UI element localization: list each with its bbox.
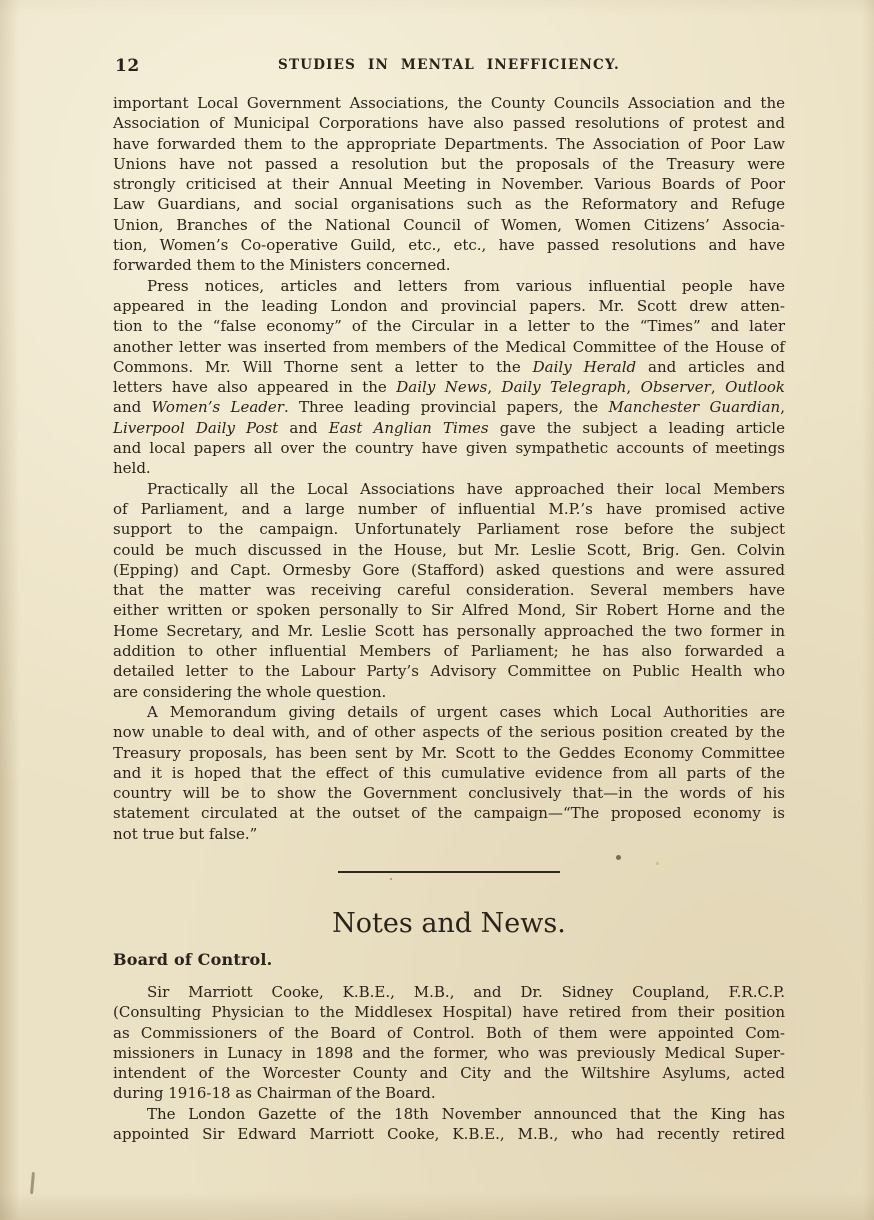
text-line: (Epping) and Capt. Ormesby Gore (Staffor…: [113, 560, 785, 580]
page-header: 12 STUDIES IN MENTAL INEFFICIENCY.: [113, 55, 785, 75]
text-line: Press notices, articles and letters from…: [113, 276, 785, 296]
paragraph: A Memorandum giving details of urgent ca…: [113, 702, 785, 844]
article-body: important Local Government Associations,…: [113, 93, 785, 844]
paper-speck: [616, 855, 621, 860]
text-line: another letter was inserted from members…: [113, 337, 785, 357]
text-line: Practically all the Local Associations h…: [113, 479, 785, 499]
text-line: Liverpool Daily Post and East Anglian Ti…: [113, 418, 785, 438]
text-line: Law Guardians, and social organisations …: [113, 194, 785, 214]
text-block: 12 STUDIES IN MENTAL INEFFICIENCY. impor…: [113, 55, 785, 1144]
section-divider: [338, 871, 560, 873]
text-line: and local papers all over the country ha…: [113, 438, 785, 458]
board-of-control-heading: Board of Control.: [113, 950, 785, 969]
text-line: either written or spoken personally to S…: [113, 600, 785, 620]
pen-mark: [30, 1172, 34, 1194]
text-line: Commons. Mr. Will Thorne sent a letter t…: [113, 357, 785, 377]
text-line: detailed letter to the Labour Party’s Ad…: [113, 661, 785, 681]
paragraph: Practically all the Local Associations h…: [113, 479, 785, 702]
text-line: country will be to show the Government c…: [113, 783, 785, 803]
text-line: that the matter was receiving careful co…: [113, 580, 785, 600]
text-line: support to the campaign. Unfortunately P…: [113, 519, 785, 539]
text-line: not true but false.”: [113, 824, 785, 844]
text-line: could be much discussed in the House, bu…: [113, 540, 785, 560]
paragraph: important Local Government Associations,…: [113, 93, 785, 276]
text-line: intendent of the Worcester County and Ci…: [113, 1063, 785, 1083]
text-line: Treasury proposals, has been sent by Mr.…: [113, 743, 785, 763]
paper-speck: [656, 862, 659, 865]
text-line: (Consulting Physician to the Middlesex H…: [113, 1002, 785, 1022]
text-line: Unions have not passed a resolution but …: [113, 154, 785, 174]
section-body: Sir Marriott Cooke, K.B.E., M.B., and Dr…: [113, 982, 785, 1144]
text-line: Sir Marriott Cooke, K.B.E., M.B., and Dr…: [113, 982, 785, 1002]
text-line: letters have also appeared in the Daily …: [113, 377, 785, 397]
text-line: and it is hoped that the effect of this …: [113, 763, 785, 783]
text-line: Union, Branches of the National Council …: [113, 215, 785, 235]
paragraph: The London Gazette of the 18th November …: [113, 1104, 785, 1145]
text-line: forwarded them to the Ministers concerne…: [113, 255, 785, 275]
paragraph: Sir Marriott Cooke, K.B.E., M.B., and Dr…: [113, 982, 785, 1104]
text-line: Association of Municipal Corporations ha…: [113, 113, 785, 133]
text-line: have forwarded them to the appropriate D…: [113, 134, 785, 154]
text-line: The London Gazette of the 18th November …: [113, 1104, 785, 1124]
text-line: appointed Sir Edward Marriott Cooke, K.B…: [113, 1124, 785, 1144]
text-line: during 1916-18 as Chairman of the Board.: [113, 1083, 785, 1103]
text-line: as Commissioners of the Board of Control…: [113, 1023, 785, 1043]
text-line: statement circulated at the outset of th…: [113, 803, 785, 823]
text-line: of Parliament, and a large number of inf…: [113, 499, 785, 519]
text-line: addition to other influential Members of…: [113, 641, 785, 661]
text-line: held.: [113, 458, 785, 478]
text-line: tion, Women’s Co-operative Guild, etc., …: [113, 235, 785, 255]
running-title: STUDIES IN MENTAL INEFFICIENCY.: [113, 55, 785, 73]
text-line: are considering the whole question.: [113, 682, 785, 702]
page-number: 12: [115, 56, 140, 76]
text-line: now unable to deal with, and of other as…: [113, 722, 785, 742]
text-line: appeared in the leading London and provi…: [113, 296, 785, 316]
paragraph: Press notices, articles and letters from…: [113, 276, 785, 479]
text-line: missioners in Lunacy in 1898 and the for…: [113, 1043, 785, 1063]
text-line: A Memorandum giving details of urgent ca…: [113, 702, 785, 722]
text-line: and Women’s Leader. Three leading provin…: [113, 397, 785, 417]
paper-speck: [390, 878, 392, 880]
text-line: important Local Government Associations,…: [113, 93, 785, 113]
text-line: Home Secretary, and Mr. Leslie Scott has…: [113, 621, 785, 641]
text-line: tion to the “false economy” of the Circu…: [113, 316, 785, 336]
text-line: strongly criticised at their Annual Meet…: [113, 174, 785, 194]
notes-and-news-heading: Notes and News.: [113, 909, 785, 939]
scanned-page: 12 STUDIES IN MENTAL INEFFICIENCY. impor…: [0, 0, 874, 1220]
